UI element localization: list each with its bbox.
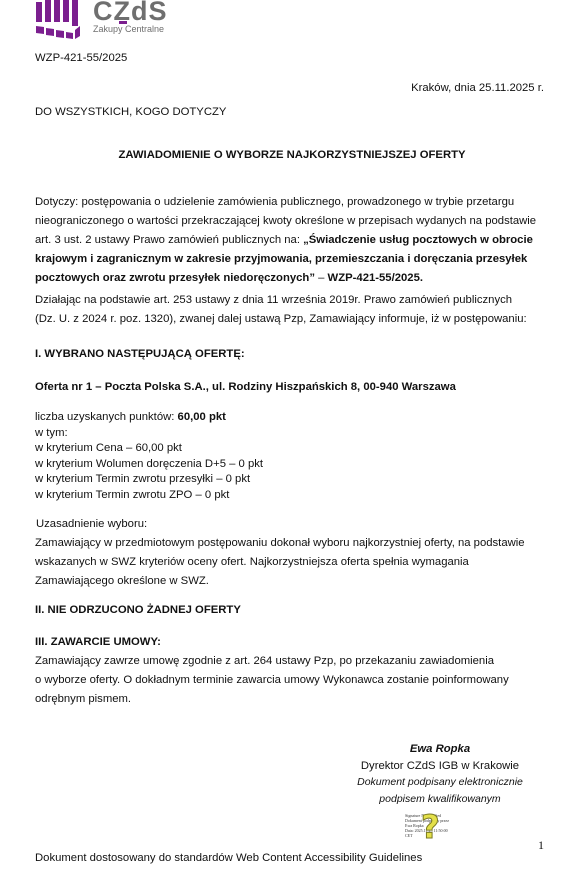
points-breakdown: liczba uzyskanych punktów: 60,00 pkt w t… [35,410,263,503]
subject-line: Dotyczy: postępowania o udzielenie zamów… [35,193,555,212]
points-value: 60,00 pkt [178,411,226,423]
subject-title: krajowym i zagranicznym w zakresie przyj… [35,250,555,269]
accessibility-footer: Dokument dostosowany do standardów Web C… [35,849,422,868]
including-label: w tym: [35,426,263,442]
subject-line: art. 3 ust. 2 ustawy Prawo zamówień publ… [35,231,555,250]
logo-name: CZdS [93,0,168,26]
section-3-heading: III. ZAWARCIE UMOWY: [35,633,555,652]
signature-note: Dokument podpisany elektronicznie [340,774,540,791]
subject-title: „Świadczenie usług pocztowych w obrocie [303,234,533,246]
czds-logo: CZdS Zakupy Centralne [36,0,206,42]
section-3: III. ZAWARCIE UMOWY: Zamawiający zawrze … [35,633,555,709]
section-3-line: Zamawiający zawrze umowę zgodnie z art. … [35,652,555,671]
legal-basis-paragraph: Działając na podstawie art. 253 ustawy z… [35,291,555,329]
justification-label: Uzasadnienie wyboru: [35,515,555,534]
signatory-position: Dyrektor CZdS IGB w Krakowie [340,758,540,775]
criterion-return-time: w kryterium Termin zwrotu przesyłki – 0 … [35,472,263,488]
dash: – [315,272,328,284]
place-date: Kraków, dnia 25.11.2025 r. [411,79,544,98]
page-number: 1 [538,838,544,853]
reference-number: WZP-421-55/2025 [35,49,127,68]
justification: Uzasadnienie wyboru: Zamawiający w przed… [35,515,555,591]
subject-line: pocztowych oraz zwrotu przesyłek niedorę… [35,269,555,288]
winning-offer: Oferta nr 1 – Poczta Polska S.A., ul. Ro… [35,378,456,397]
section-1-heading: I. WYBRANO NASTĘPUJĄCĄ OFERTĘ: [35,345,245,364]
signature-block: Ewa Ropka Dyrektor CZdS IGB w Krakowie D… [340,741,540,807]
subject-reference: WZP-421-55/2025. [328,272,423,284]
signatory-name: Ewa Ropka [340,741,540,758]
criterion-price: w kryterium Cena – 60,00 pkt [35,441,263,457]
question-mark-icon: ? [421,811,440,843]
legal-basis-line: Działając na podstawie art. 253 ustawy z… [35,291,555,310]
justification-line: Zamawiający w przedmiotowym postępowaniu… [35,534,555,553]
criterion-zpo-return: w kryterium Termin zwrotu ZPO – 0 pkt [35,488,263,504]
section-3-line: odrębnym pismem. [35,690,555,709]
logo-subtitle: Zakupy Centralne [93,24,164,34]
signature-stamp[interactable]: Signature Not Verified Dokument podpisan… [405,813,467,843]
signature-note: podpisem kwalifikowanym [340,791,540,808]
justification-line: wskazanych w SWZ kryteriów oceny ofert. … [35,553,555,572]
addressee: DO WSZYSTKICH, KOGO DOTYCZY [35,103,226,122]
points-label: liczba uzyskanych punktów: [35,411,178,423]
logo-mark-icon [36,0,82,40]
justification-line: Zamawiającego określone w SWZ. [35,572,555,591]
subject-paragraph: Dotyczy: postępowania o udzielenie zamów… [35,193,555,288]
subject-line: nieograniczonego o wartości przekraczają… [35,212,555,231]
section-2-heading: II. NIE ODRZUCONO ŻADNEJ OFERTY [35,601,241,620]
criterion-volume: w kryterium Wolumen doręczenia D+5 – 0 p… [35,457,263,473]
subject-title: pocztowych oraz zwrotu przesyłek niedorę… [35,272,315,284]
points-total: liczba uzyskanych punktów: 60,00 pkt [35,410,263,426]
legal-basis-line: (Dz. U. z 2024 r. poz. 1320), zwanej dal… [35,310,555,329]
document-title: ZAWIADOMIENIE O WYBORZE NAJKORZYSTNIEJSZ… [0,146,584,165]
subject-text: art. 3 ust. 2 ustawy Prawo zamówień publ… [35,234,303,246]
section-3-line: o wyborze oferty. O dokładnym terminie z… [35,671,555,690]
